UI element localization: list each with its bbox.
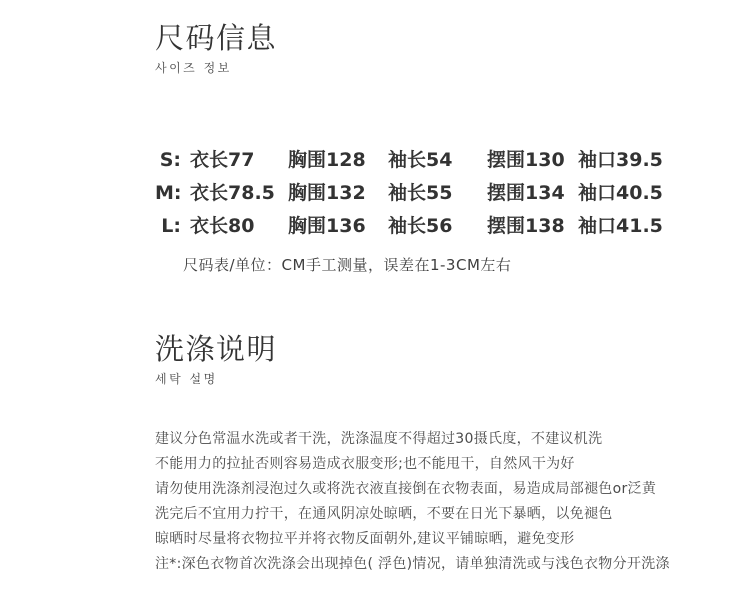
content-area: 尺码信息 사이즈 정보 S: 衣长77 胸围128 袖长54 摆围130 袖口3… — [0, 0, 750, 577]
size-cell-sleeve-length: 袖长54 — [388, 144, 487, 177]
washing-instruction-line: 不能用力的拉扯否则容易造成衣服变形;也不能甩干，自然风干为好 — [155, 452, 710, 477]
washing-instruction-line: 请勿使用洗涤剂浸泡过久或将洗衣液直接倒在衣物表面，易造成局部褪色or泛黄 — [155, 477, 710, 502]
size-cell-length: 衣长80 — [190, 210, 288, 243]
size-table: S: 衣长77 胸围128 袖长54 摆围130 袖口39.5 M: 衣长78.… — [155, 144, 710, 243]
size-cell-sleeve-length: 袖长55 — [388, 177, 487, 210]
size-cell-length: 衣长78.5 — [190, 177, 288, 210]
size-section-title: 尺码信息 — [155, 22, 710, 54]
size-table-row-s: S: 衣长77 胸围128 袖长54 摆围130 袖口39.5 — [155, 144, 710, 177]
size-table-note: 尺码表/单位：CM手工测量，误差在1-3CM左右 — [155, 255, 710, 275]
washing-section-subtitle: 세탁 설명 — [155, 371, 710, 387]
size-cell-sleeve-length: 袖长56 — [388, 210, 487, 243]
size-cell-bust: 胸围132 — [288, 177, 388, 210]
washing-instructions: 建议分色常温水洗或者干洗，洗涤温度不得超过30摄氏度，不建议机洗 不能用力的拉扯… — [155, 427, 710, 577]
size-label: L: — [155, 210, 181, 243]
washing-instruction-line: 晾晒时尽量将衣物拉平并将衣物反面朝外,建议平铺晾晒，避免变形 — [155, 527, 710, 552]
size-cell-hem: 摆围134 — [487, 177, 578, 210]
washing-instruction-line: 注*:深色衣物首次洗涤会出现掉色( 浮色)情况，请单独清洗或与浅色衣物分开洗涤 — [155, 552, 710, 577]
size-cell-length: 衣长77 — [190, 144, 288, 177]
size-table-row-m: M: 衣长78.5 胸围132 袖长55 摆围134 袖口40.5 — [155, 177, 710, 210]
washing-instruction-line: 洗完后不宜用力拧干，在通风阴凉处晾晒，不要在日光下暴晒，以免褪色 — [155, 502, 710, 527]
product-detail-page: 尺码信息 사이즈 정보 S: 衣长77 胸围128 袖长54 摆围130 袖口3… — [0, 0, 750, 604]
size-table-row-l: L: 衣长80 胸围136 袖长56 摆围138 袖口41.5 — [155, 210, 710, 243]
size-label: M: — [155, 177, 181, 210]
size-cell-bust: 胸围128 — [288, 144, 388, 177]
washing-section-header: 洗涤说明 세탁 설명 — [155, 333, 710, 387]
size-cell-cuff: 袖口39.5 — [578, 144, 663, 177]
size-label: S: — [155, 144, 181, 177]
size-cell-cuff: 袖口41.5 — [578, 210, 663, 243]
washing-section-title: 洗涤说明 — [155, 333, 710, 365]
size-section-subtitle: 사이즈 정보 — [155, 60, 710, 76]
size-cell-hem: 摆围138 — [487, 210, 578, 243]
size-cell-bust: 胸围136 — [288, 210, 388, 243]
size-cell-cuff: 袖口40.5 — [578, 177, 663, 210]
size-info-section: 尺码信息 사이즈 정보 S: 衣长77 胸围128 袖长54 摆围130 袖口3… — [155, 22, 710, 275]
washing-info-section: 洗涤说明 세탁 설명 建议分色常温水洗或者干洗，洗涤温度不得超过30摄氏度，不建… — [155, 333, 710, 577]
size-cell-hem: 摆围130 — [487, 144, 578, 177]
washing-instruction-line: 建议分色常温水洗或者干洗，洗涤温度不得超过30摄氏度，不建议机洗 — [155, 427, 710, 452]
